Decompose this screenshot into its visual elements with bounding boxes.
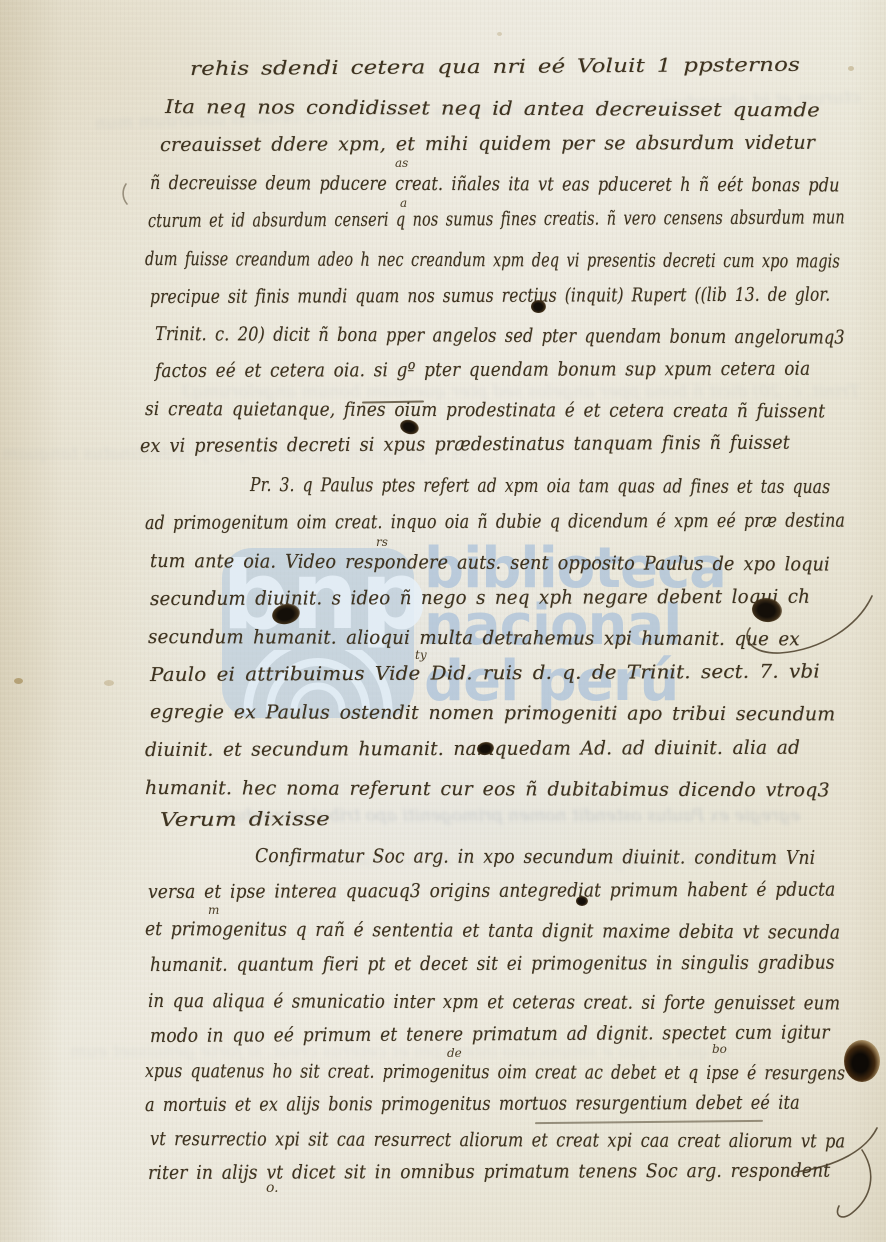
manuscript-line: ad primogenitum oim creat. inquo oia ñ d… <box>145 510 845 534</box>
manuscript-line: rehis sdendi cetera qua nri eé Voluit 1 … <box>190 54 800 80</box>
manuscript-line: riter in alijs vt dicet sit in omnibus p… <box>148 1160 830 1184</box>
manuscript-line: Paulo ei attribuimus Vide Did. ruis d. q… <box>150 660 820 686</box>
manuscript-line: in qua aliqua é smunicatio inter xpm et … <box>148 990 840 1014</box>
superscript-note: de <box>447 1046 462 1060</box>
manuscript-page: egregie ex Paulus ostendit nomen primoge… <box>0 0 886 1242</box>
manuscript-line: humanit. quantum fieri pt et decet sit e… <box>150 952 835 976</box>
manuscript-line: tum ante oia. Video respondere auts. sen… <box>150 550 830 576</box>
paper-speck <box>848 66 854 71</box>
ink-underline <box>535 1120 763 1124</box>
manuscript-line: Trinit. c. 20) dicit ñ bona pper angelos… <box>155 323 845 349</box>
manuscript-line: modo in quo eé primum et tenere primatum… <box>150 1021 830 1047</box>
showthrough-text: egregie ex Paulus ostendit nomen primoge… <box>295 806 800 826</box>
paper-speck <box>497 32 502 36</box>
manuscript-line: Confirmatur Soc arg. in xpo secundum diu… <box>255 845 815 869</box>
marginal-mark: o. <box>266 1180 279 1196</box>
manuscript-line: ñ decreuisse deum pducere creat. iñales … <box>150 172 840 196</box>
manuscript-line: Pr. 3. q Paulus ptes refert ad xpm oia t… <box>250 474 830 498</box>
superscript-note: bo <box>712 1042 727 1056</box>
manuscript-line: diuinit. et secundum humanit. namquedam … <box>145 737 800 761</box>
manuscript-line: secundum humanit. alioqui multa detrahem… <box>148 626 800 650</box>
manuscript-line: a mortuis et ex alijs bonis primogenitus… <box>145 1092 800 1116</box>
manuscript-line: Verum dixisse <box>160 808 330 831</box>
superscript-note: a <box>400 196 407 210</box>
manuscript-line: Ita neq nos condidisset neq id antea dec… <box>165 96 820 121</box>
manuscript-line: cturum et id absurdum censeri q nos sumu… <box>148 206 845 232</box>
manuscript-line: humanit. hec noma referunt cur eos ñ dub… <box>145 777 830 801</box>
paper-speck <box>14 678 23 684</box>
manuscript-line: ex vi presentis decreti si xpus prædesti… <box>140 432 790 457</box>
manuscript-line: vt resurrectio xpi sit caa resurrect ali… <box>150 1128 845 1152</box>
manuscript-line: creauisset ddere xpm, et mihi quidem per… <box>160 132 815 156</box>
manuscript-line: egregie ex Paulus ostendit nomen primoge… <box>150 701 835 725</box>
ink-blot <box>531 300 546 313</box>
paper-speck <box>104 680 114 686</box>
superscript-note: m <box>208 903 219 917</box>
manuscript-line: factos eé et cetera oia. si gº pter quen… <box>155 358 810 382</box>
manuscript-line: et primogenitus q rañ é sententia et tan… <box>145 918 840 944</box>
manuscript-line: versa et ipse interea quacuq3 origins an… <box>148 879 835 903</box>
manuscript-line: secundum diuinit. s ideo ñ nego s neq xp… <box>150 586 810 610</box>
manuscript-line: xpus quatenus ho sit creat. primogenitus… <box>145 1060 845 1084</box>
manuscript-line: si creata quietanque, fines oium prodest… <box>145 398 825 422</box>
superscript-note: rs <box>376 535 388 549</box>
manuscript-line: precipue sit finis mundi quam nos sumus … <box>150 284 830 308</box>
manuscript-line: dum fuisse creandum adeo h nec creandum … <box>145 248 840 272</box>
ink-blot-burn <box>844 1040 880 1082</box>
superscript-note: ty <box>415 648 427 662</box>
ink-blot <box>576 896 588 906</box>
superscript-note: as <box>395 156 408 170</box>
